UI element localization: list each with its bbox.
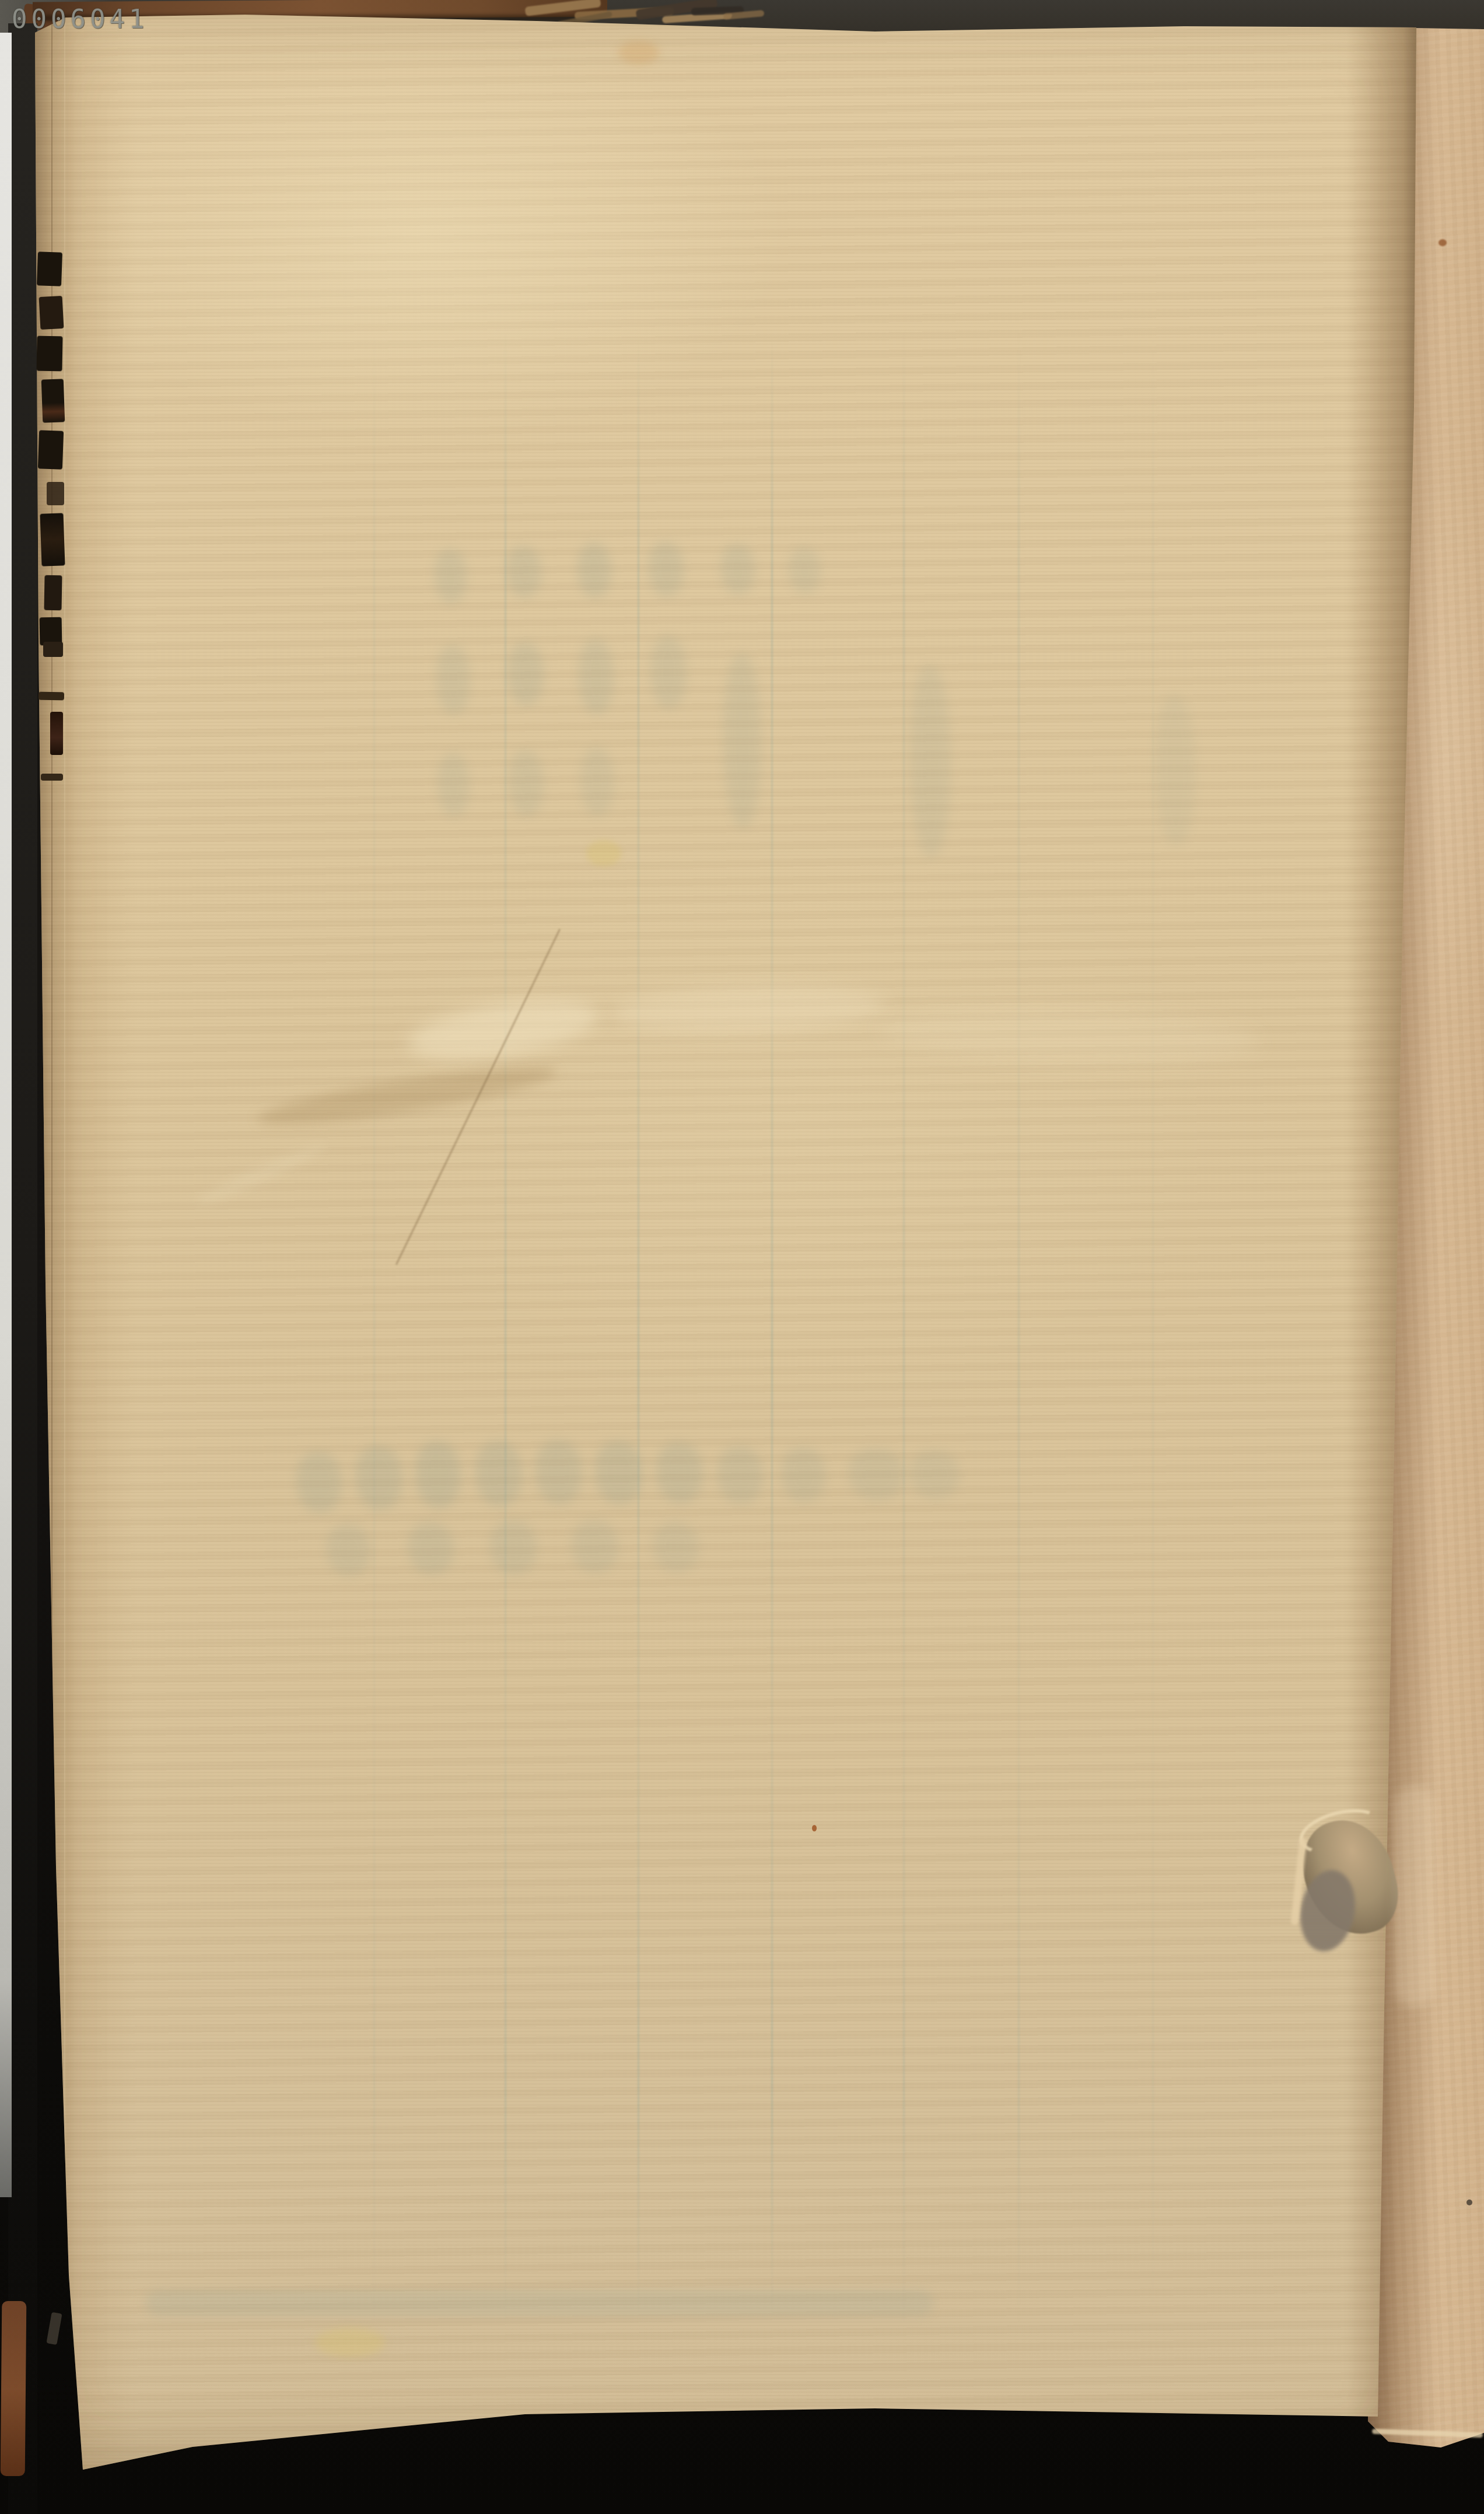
- yellow-stain: [586, 840, 621, 866]
- ink-bleed-blob: [723, 653, 761, 828]
- crease-highlight: [879, 1003, 1260, 1069]
- ink-bleed-blob: [580, 747, 614, 817]
- spine-glyph-fragment: [38, 430, 64, 469]
- ink-bleed-blob: [490, 1520, 537, 1575]
- spine-glyph-fragment: [37, 251, 62, 286]
- ruled-column-line: [1018, 327, 1020, 2328]
- ruled-column-line: [1152, 327, 1154, 2328]
- yellow-stain: [315, 2328, 385, 2357]
- orange-smudge: [618, 41, 659, 64]
- ink-bleed-blob: [408, 1522, 454, 1575]
- ink-bleed-blob: [910, 665, 951, 858]
- ink-bleed-blob: [650, 636, 687, 709]
- ink-bleed-blob: [849, 1448, 904, 1501]
- spine-glyph-fragment: [43, 642, 63, 657]
- spine-glyph-fragment: [40, 513, 65, 566]
- left-dark-binding-band: [8, 23, 37, 2514]
- crease-highlight: [194, 1139, 328, 1209]
- ink-bleed-blob: [577, 543, 611, 598]
- ink-bleed-blob: [509, 750, 544, 817]
- crease-line: [395, 929, 561, 1265]
- ruled-column-line: [505, 327, 506, 2328]
- spine-glyph-fragment: [41, 774, 63, 781]
- ink-bleed-blob: [656, 1442, 703, 1503]
- ink-bleed-blob: [649, 541, 684, 597]
- crease-highlight: [611, 981, 887, 1037]
- ink-bleed-blob: [508, 642, 544, 706]
- ink-bleed-blob: [535, 1440, 582, 1504]
- book-scan: 0006041: [0, 0, 1484, 2514]
- ink-bleed-blob: [436, 645, 470, 715]
- binding-dark-mark: [46, 2312, 62, 2345]
- spine-glyph-fragment: [47, 482, 64, 505]
- ink-bleed-blob: [653, 1522, 699, 1573]
- ink-bleed-blob: [572, 1520, 618, 1574]
- ink-bleed-blob: [296, 1452, 342, 1513]
- ink-bleed-blob: [595, 1441, 643, 1504]
- ink-bleed-blob: [579, 639, 614, 715]
- gutter-streak: [64, 15, 65, 2472]
- fox-speck: [812, 1825, 817, 1831]
- ink-bleed-streak: [146, 2290, 933, 2316]
- ink-bleed-blob: [356, 1446, 402, 1510]
- spine-glyph-fragment: [50, 712, 63, 755]
- spine-glyph-fragment: [36, 336, 62, 372]
- ruled-column-line: [903, 327, 905, 2328]
- scan-watermark-id: 0006041: [12, 5, 148, 34]
- fox-spot: [1438, 239, 1447, 246]
- ink-bleed-blob: [475, 1441, 522, 1506]
- ink-bleed-blob: [717, 1446, 763, 1504]
- spine-glyph-fragment: [44, 575, 62, 611]
- dark-speck: [1466, 2200, 1472, 2205]
- fold-highlight: [1394, 1785, 1435, 2007]
- crease-shadow: [255, 1056, 559, 1135]
- ink-bleed-blob: [721, 544, 755, 595]
- ink-bleed-blob: [782, 1447, 825, 1502]
- ink-bleed-blob: [437, 753, 470, 817]
- spine-glyph-fragment: [39, 296, 64, 330]
- spine-glyph-fragment: [38, 692, 64, 701]
- ink-bleed-blob: [910, 1450, 960, 1499]
- book-page: [34, 15, 1417, 2472]
- scanner-white-strip: [0, 33, 12, 2197]
- ruled-column-line: [771, 327, 773, 2328]
- binding-leather-strip: [1, 2301, 27, 2476]
- ink-bleed-blob: [327, 1524, 370, 1576]
- ink-bleed-blob: [506, 546, 541, 598]
- spine-glyph-fragment: [41, 379, 65, 422]
- ink-bleed-blob: [1155, 694, 1196, 846]
- ruled-column-line: [373, 327, 375, 2328]
- ink-bleed-blob: [789, 547, 821, 594]
- ruled-column-line: [638, 327, 639, 2328]
- ink-bleed-blob: [415, 1441, 461, 1508]
- ink-bleed-blob: [435, 548, 467, 604]
- crease-highlight: [404, 989, 603, 1071]
